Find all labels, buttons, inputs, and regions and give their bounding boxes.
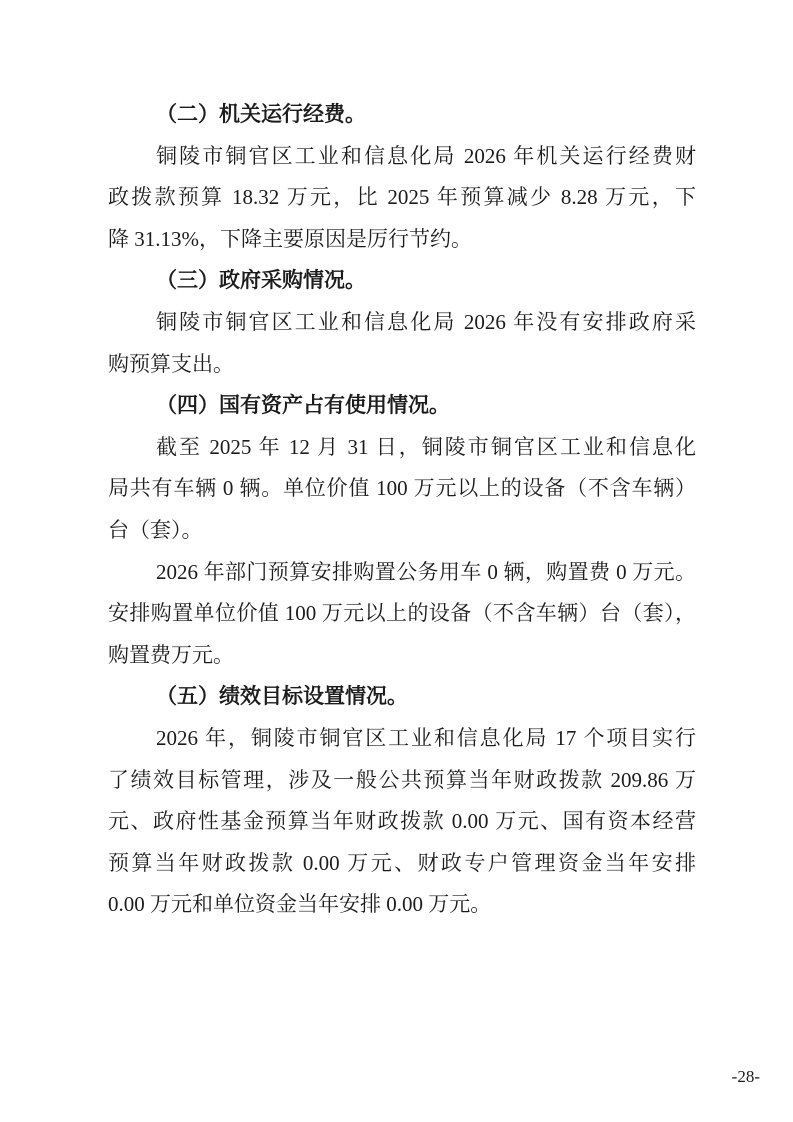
heading-line: （三）政府采购情况。 bbox=[108, 260, 696, 302]
section-heading: （三）政府采购情况。 bbox=[108, 260, 696, 302]
paragraph-line: 截至 2025 年 12 月 31 日，铜陵市铜官区工业和信息化 bbox=[108, 427, 696, 469]
paragraph: 2026 年，铜陵市铜官区工业和信息化局 17 个项目实行 了绩效目标管理，涉及… bbox=[108, 718, 696, 926]
paragraph-line: 局共有车辆 0 辆。单位价值 100 万元以上的设备（不含车辆） bbox=[108, 468, 696, 510]
section-heading: （五）绩效目标设置情况。 bbox=[108, 676, 696, 718]
paragraph-line: 预算当年财政拨款 0.00 万元、财政专户管理资金当年安排 bbox=[108, 843, 696, 885]
paragraph-line: 元、政府性基金预算当年财政拨款 0.00 万元、国有资本经营 bbox=[108, 801, 696, 843]
heading-line: （四）国有资产占有使用情况。 bbox=[108, 385, 696, 427]
paragraph-line: 降 31.13%，下降主要原因是厉行节约。 bbox=[108, 219, 696, 261]
paragraph-line: 台（套）。 bbox=[108, 510, 696, 552]
section-heading: （二）机关运行经费。 bbox=[108, 94, 696, 136]
document-page: （二）机关运行经费。 铜陵市铜官区工业和信息化局 2026 年机关运行经费财 政… bbox=[0, 0, 793, 1122]
paragraph-line: 0.00 万元和单位资金当年安排 0.00 万元。 bbox=[108, 884, 696, 926]
paragraph-line: 政拨款预算 18.32 万元，比 2025 年预算减少 8.28 万元，下 bbox=[108, 177, 696, 219]
paragraph-line: 2026 年，铜陵市铜官区工业和信息化局 17 个项目实行 bbox=[108, 718, 696, 760]
paragraph-line: 2026 年部门预算安排购置公务用车 0 辆，购置费 0 万元。 bbox=[108, 552, 696, 594]
paragraph-line: 铜陵市铜官区工业和信息化局 2026 年机关运行经费财 bbox=[108, 136, 696, 178]
page-number: -28- bbox=[732, 1066, 760, 1088]
paragraph: 2026 年部门预算安排购置公务用车 0 辆，购置费 0 万元。 安排购置单位价… bbox=[108, 552, 696, 677]
heading-line: （二）机关运行经费。 bbox=[108, 94, 696, 136]
paragraph: 铜陵市铜官区工业和信息化局 2026 年机关运行经费财 政拨款预算 18.32 … bbox=[108, 136, 696, 261]
section-heading: （四）国有资产占有使用情况。 bbox=[108, 385, 696, 427]
paragraph-line: 了绩效目标管理，涉及一般公共预算当年财政拨款 209.86 万 bbox=[108, 760, 696, 802]
paragraph-line: 购预算支出。 bbox=[108, 344, 696, 386]
paragraph-line: 安排购置单位价值 100 万元以上的设备（不含车辆）台（套）， bbox=[108, 593, 696, 635]
paragraph-line: 购置费万元。 bbox=[108, 635, 696, 677]
heading-line: （五）绩效目标设置情况。 bbox=[108, 676, 696, 718]
paragraph-line: 铜陵市铜官区工业和信息化局 2026 年没有安排政府采 bbox=[108, 302, 696, 344]
paragraph: 铜陵市铜官区工业和信息化局 2026 年没有安排政府采 购预算支出。 bbox=[108, 302, 696, 385]
paragraph: 截至 2025 年 12 月 31 日，铜陵市铜官区工业和信息化 局共有车辆 0… bbox=[108, 427, 696, 552]
document-body: （二）机关运行经费。 铜陵市铜官区工业和信息化局 2026 年机关运行经费财 政… bbox=[108, 94, 696, 926]
